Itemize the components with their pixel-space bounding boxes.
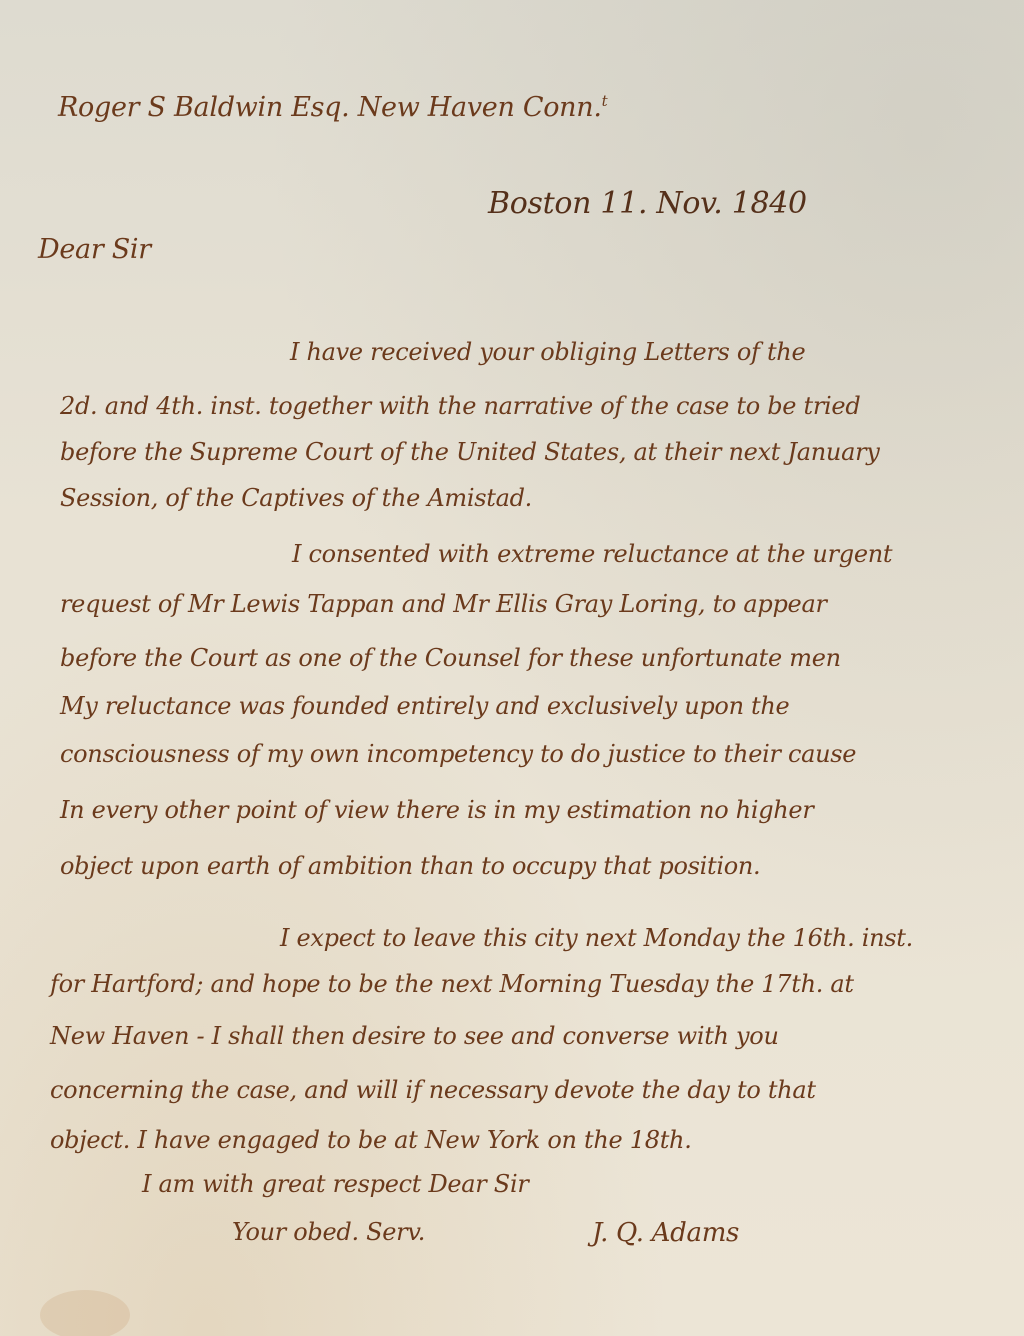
body-line: for Hartford; and hope to be the next Mo… <box>50 970 854 998</box>
closing-line: I am with great respect Dear Sir <box>142 1170 529 1198</box>
valediction: Your obed. Serv. <box>232 1218 425 1246</box>
letter-page: Roger S Baldwin Esq. New Haven Conn.t Bo… <box>0 0 1024 1336</box>
body-line: In every other point of view there is in… <box>60 796 814 824</box>
body-line: I consented with extreme reluctance at t… <box>292 540 892 568</box>
body-line: before the Supreme Court of the United S… <box>60 438 880 466</box>
body-line: Session, of the Captives of the Amistad. <box>60 484 532 512</box>
signature: J. Q. Adams <box>592 1218 739 1248</box>
body-line: My reluctance was founded entirely and e… <box>60 692 789 720</box>
body-line: before the Court as one of the Counsel f… <box>60 644 841 672</box>
body-line: New Haven - I shall then desire to see a… <box>50 1022 779 1050</box>
dateline: Boston 11. Nov. 1840 <box>488 186 807 221</box>
body-line: concerning the case, and will if necessa… <box>50 1076 816 1104</box>
address-text: Roger S Baldwin Esq. New Haven Conn. <box>58 92 602 123</box>
address-line: Roger S Baldwin Esq. New Haven Conn.t <box>58 92 607 123</box>
body-line: object upon earth of ambition than to oc… <box>60 852 760 880</box>
salutation: Dear Sir <box>38 234 151 265</box>
body-line: I have received your obliging Letters of… <box>290 338 805 366</box>
body-line: consciousness of my own incompetency to … <box>60 740 856 768</box>
body-line: I expect to leave this city next Monday … <box>280 924 913 952</box>
body-line: object. I have engaged to be at New York… <box>50 1126 692 1154</box>
paper-stain <box>40 1290 130 1336</box>
body-line: request of Mr Lewis Tappan and Mr Ellis … <box>60 590 827 618</box>
body-line: 2d. and 4th. inst. together with the nar… <box>60 392 860 420</box>
address-superscript: t <box>602 92 608 110</box>
